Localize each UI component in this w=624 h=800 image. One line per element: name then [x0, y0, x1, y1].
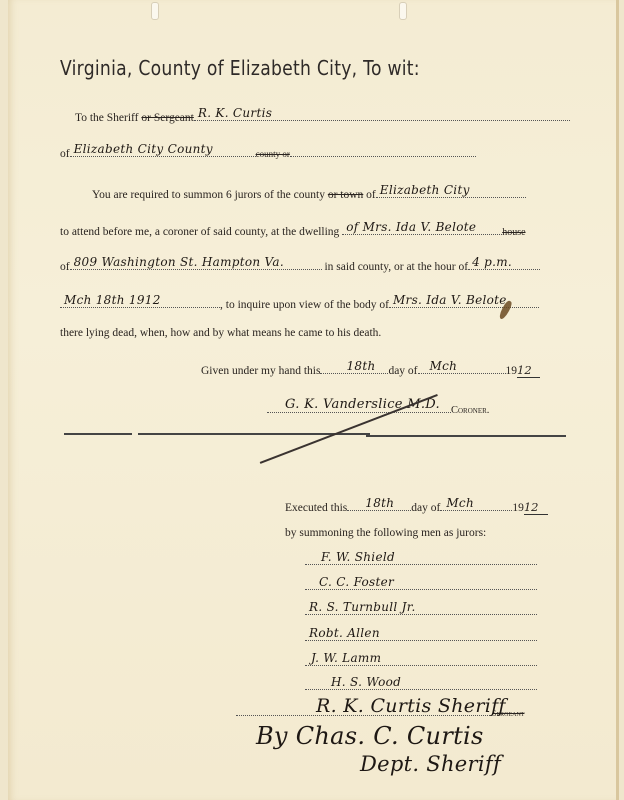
juror-row: F. W. Shield [305, 552, 537, 568]
sheriff-signature-line: R. K. Curtis SheriffSergeant [236, 703, 524, 719]
jurors-heading: by summoning the following men as jurors… [285, 527, 486, 539]
sheriff-line: To the Sheriff or SergeantR. K. Curtis [75, 108, 570, 124]
given-month-field: Mch [418, 361, 506, 374]
sheriff-label: To the Sheriff [75, 112, 139, 124]
divider-rule [64, 433, 132, 435]
county-line: ofElizabeth City Countycounty or [60, 144, 476, 160]
address-field: 809 Washington St. Hampton Va. [70, 257, 322, 270]
juror-row: J. W. Lamm [305, 653, 537, 669]
deputy-title: Dept. Sheriff [360, 752, 501, 776]
document-title: Virginia, County of Elizabeth City, To w… [60, 56, 420, 80]
summon-line: You are required to summon 6 jurors of t… [92, 185, 526, 201]
sheriff-field: R. K. Curtis [194, 108, 570, 121]
divider-rule [366, 435, 566, 437]
document-page: Virginia, County of Elizabeth City, To w… [8, 0, 619, 800]
coroner-signature-field: G. K. Vanderslice M.D. [267, 400, 451, 413]
executed-line: Executed this18thday ofMch1912 [285, 498, 548, 514]
date-field: Mch 18th 1912 [60, 295, 220, 308]
summon-field: Elizabeth City [376, 185, 526, 198]
executed-month-field: Mch [440, 498, 512, 511]
given-line: Given under my hand this18thday ofMch191… [201, 361, 540, 377]
dwelling-field: of Mrs. Ida V. Belote [342, 222, 502, 235]
inquire-line: Mch 18th 1912, to inquire upon view of t… [60, 295, 539, 311]
deputy-signature: By Chas. C. Curtis [256, 722, 484, 750]
juror-row: H. S. Wood [305, 677, 537, 693]
punch-hole [151, 2, 159, 20]
punch-hole [399, 2, 407, 20]
juror-row: R. S. Turnbull Jr. [305, 602, 537, 618]
county-field: Elizabeth City County [70, 144, 256, 157]
attend-line: to attend before me, a coroner of said c… [60, 222, 526, 238]
juror-row: C. C. Foster [305, 577, 537, 593]
body-field: Mrs. Ida V. Belote [389, 295, 539, 308]
address-line: of809 Washington St. Hampton Va. in said… [60, 257, 540, 273]
hour-field: 4 p.m. [468, 257, 540, 270]
struck-text: or Sergeant [141, 112, 193, 124]
sheriff-signature-field: R. K. Curtis Sheriff [236, 703, 492, 716]
coroner-line: G. K. Vanderslice M.D.Coroner. [267, 400, 489, 416]
executed-day-field: 18th [347, 498, 411, 511]
given-day-field: 18th [320, 361, 388, 374]
death-line: there lying dead, when, how and by what … [60, 327, 381, 339]
juror-row: Robt. Allen [305, 628, 537, 644]
